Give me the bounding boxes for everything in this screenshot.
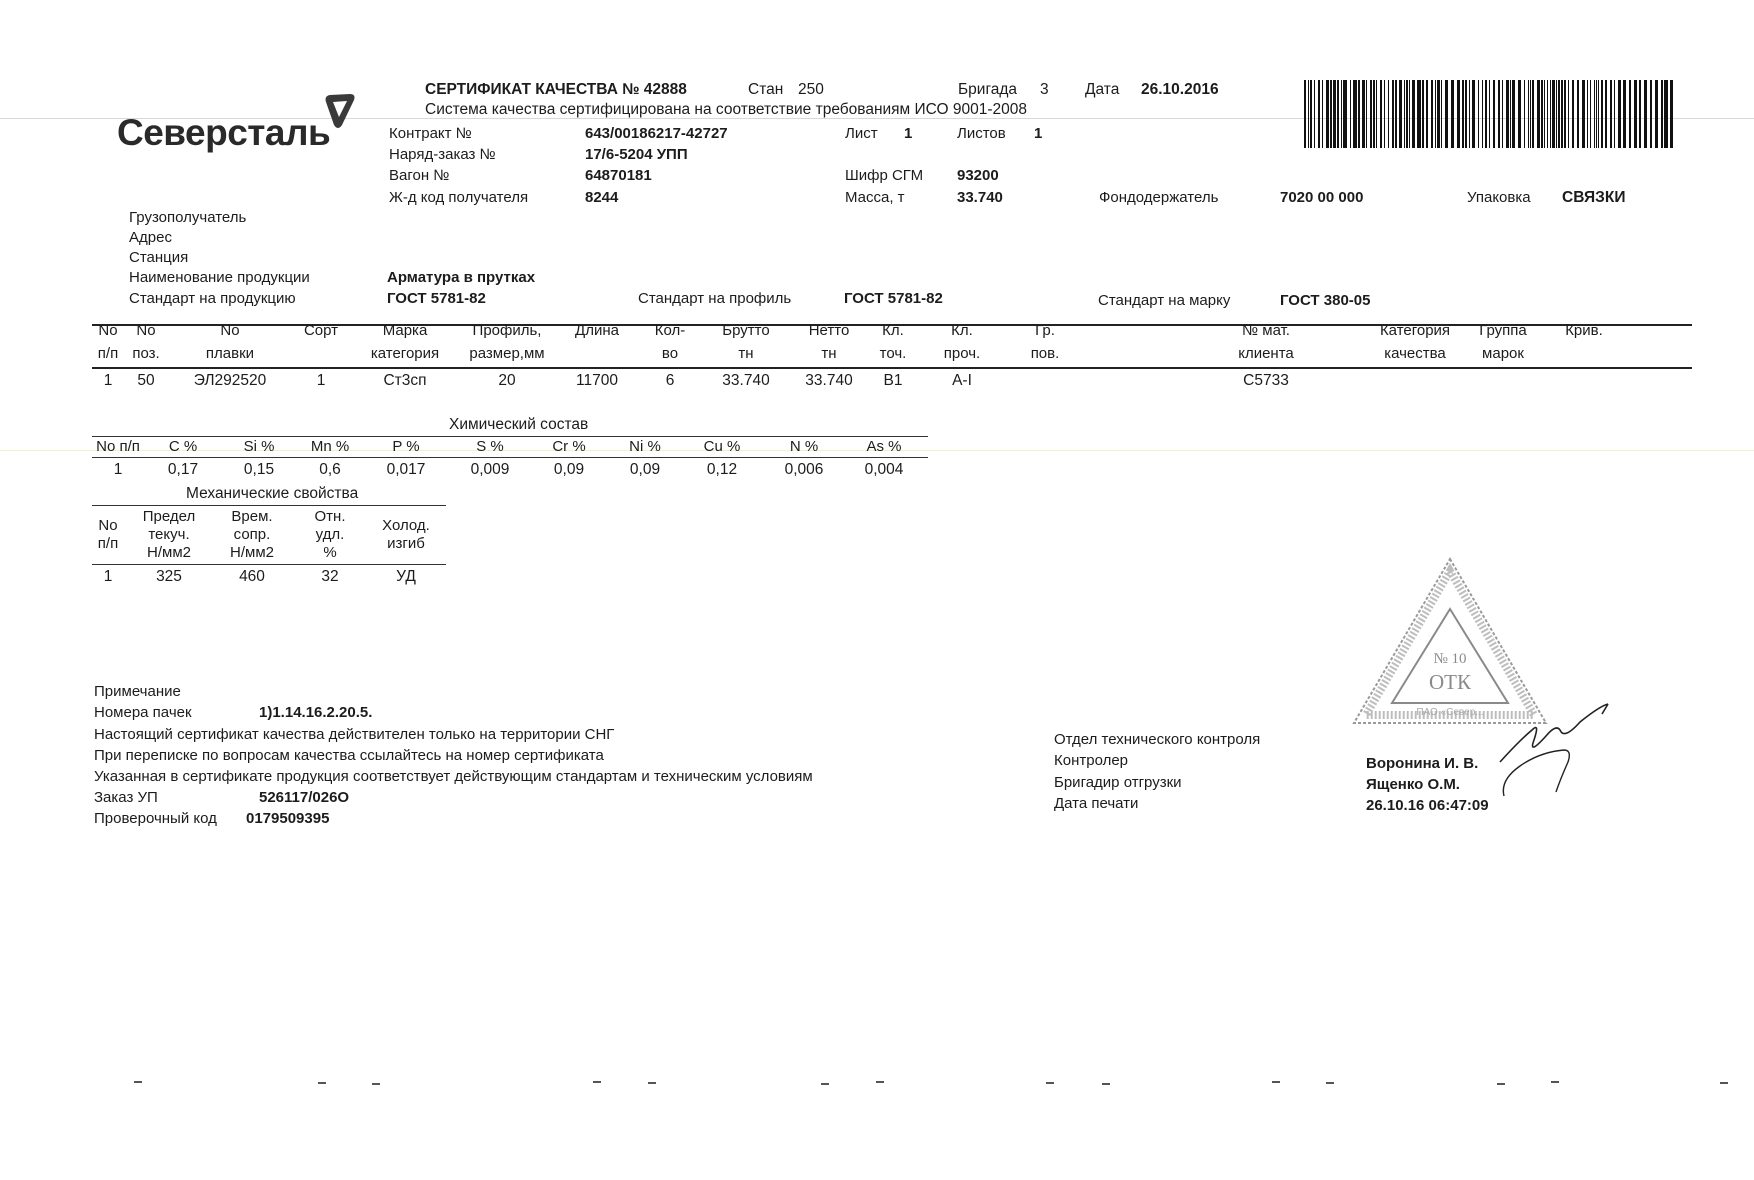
sheets-label: Листов: [957, 125, 1006, 143]
mass-value: 33.740: [957, 189, 1003, 207]
mill-value: 250: [798, 81, 824, 99]
date-value: 26.10.2016: [1141, 81, 1219, 99]
perforation-mark: [1497, 1083, 1505, 1085]
mechanical-header: Отн.удл.%: [290, 508, 370, 562]
signature-icon: [1490, 700, 1620, 800]
chemistry-cell: 0,009: [445, 461, 535, 479]
main-table-cell: C5733: [1206, 372, 1326, 390]
wagon-value: 64870181: [585, 167, 652, 185]
perforation-mark: [372, 1083, 380, 1085]
chemistry-title: Химический состав: [449, 416, 588, 434]
perforation-mark: [134, 1081, 142, 1083]
product-standard-value: ГОСТ 5781-82: [387, 290, 486, 308]
foreman-label: Бригадир отгрузки: [1054, 774, 1182, 792]
svg-text:ОТК: ОТК: [1429, 670, 1472, 694]
note-label: Примечание: [94, 683, 181, 701]
chemistry-header: Cu %: [677, 437, 767, 457]
barcode: [1302, 80, 1677, 148]
foreman-value: Ященко О.М.: [1366, 776, 1460, 794]
svg-text:№ 10: № 10: [1433, 651, 1466, 667]
brigade-label: Бригада: [958, 81, 1017, 99]
controller-label: Контролер: [1054, 752, 1128, 770]
perforation-mark: [648, 1082, 656, 1084]
chemistry-cell: 0,12: [677, 461, 767, 479]
department-label: Отдел технического контроля: [1054, 731, 1260, 749]
main-table-header: № мат.: [1206, 320, 1326, 342]
wagon-label: Вагон №: [389, 167, 449, 185]
sgm-label: Шифр СГМ: [845, 167, 923, 185]
chemistry-header: S %: [445, 437, 535, 457]
certificate-title: СЕРТИФИКАТ КАЧЕСТВА № 42888: [425, 81, 687, 99]
mechanical-top-rule: [92, 505, 446, 506]
mechanical-cell: 325: [129, 568, 209, 586]
address-label: Адрес: [129, 229, 172, 247]
profile-standard-value: ГОСТ 5781-82: [844, 290, 943, 308]
order-label: Наряд-заказ №: [389, 146, 496, 164]
chemistry-header: As %: [839, 437, 929, 457]
perforation-mark: [1272, 1081, 1280, 1083]
check-code-value: 0179509395: [246, 810, 329, 828]
company-logo-mark-icon: [320, 92, 356, 130]
fund-holder-value: 7020 00 000: [1280, 189, 1363, 207]
brigade-value: 3: [1040, 81, 1049, 99]
main-table-header: Гр.: [985, 320, 1105, 342]
mechanical-cell: 32: [290, 568, 370, 586]
perforation-mark: [1102, 1083, 1110, 1085]
product-name-value: Арматура в прутках: [387, 269, 535, 287]
check-code-label: Проверочный код: [94, 810, 217, 828]
validity-text: Настоящий сертификат качества действител…: [94, 726, 614, 744]
order-value: 17/6-5204 УПП: [585, 146, 688, 164]
mechanical-cell: 460: [212, 568, 292, 586]
station-label: Станция: [129, 249, 188, 267]
contract-value: 643/00186217-42727: [585, 125, 728, 143]
packing-value: СВЯЗКИ: [1562, 189, 1625, 207]
contract-label: Контракт №: [389, 125, 472, 143]
sheets-value: 1: [1034, 125, 1042, 143]
consignee-label: Грузополучатель: [129, 209, 246, 227]
bundle-numbers-label: Номера пачек: [94, 704, 192, 722]
packing-label: Упаковка: [1467, 189, 1531, 207]
sheet-value: 1: [904, 125, 912, 143]
main-table-header: пов.: [985, 343, 1105, 365]
up-order-label: Заказ УП: [94, 789, 158, 807]
correspondence-text: При переписке по вопросам качества ссыла…: [94, 747, 604, 765]
print-date-value: 26.10.16 06:47:09: [1366, 797, 1489, 815]
mechanical-cell: УД: [366, 568, 446, 586]
main-table-header-rule: [92, 367, 1692, 369]
mechanical-header: Холод.изгиб: [366, 517, 446, 553]
main-table-header: клиента: [1206, 343, 1326, 365]
profile-standard-label: Стандарт на профиль: [638, 290, 791, 308]
chemistry-header: P %: [361, 437, 451, 457]
main-table-cell: A-I: [902, 372, 1022, 390]
chemistry-cell: 0,006: [759, 461, 849, 479]
perforation-mark: [318, 1082, 326, 1084]
main-table-header: марок: [1443, 343, 1563, 365]
product-standard-label: Стандарт на продукцию: [129, 290, 296, 308]
company-logo-text: Северсталь: [117, 112, 330, 154]
main-table-header: плавки: [170, 343, 290, 365]
main-table-header: размер,мм: [447, 343, 567, 365]
chemistry-cell: 0,017: [361, 461, 451, 479]
date-label: Дата: [1085, 81, 1119, 99]
grade-standard-label: Стандарт на марку: [1098, 292, 1230, 310]
mechanical-header-rule: [92, 564, 446, 565]
sheet-label: Лист: [845, 125, 878, 143]
mass-label: Масса, т: [845, 189, 905, 207]
svg-text:ПАО «Север...: ПАО «Север...: [1416, 707, 1483, 718]
mechanical-header: Пределтекуч.Н/мм2: [129, 508, 209, 562]
perforation-mark: [876, 1081, 884, 1083]
mechanical-header: Врем.сопр.Н/мм2: [212, 508, 292, 562]
rail-code-value: 8244: [585, 189, 618, 207]
mechanical-title: Механические свойства: [186, 485, 358, 503]
mill-label: Стан: [748, 81, 783, 99]
perforation-mark: [593, 1081, 601, 1083]
perforation-mark: [1046, 1082, 1054, 1084]
controller-value: Воронина И. В.: [1366, 755, 1478, 773]
quality-system-note: Система качества сертифицирована на соот…: [425, 101, 1027, 119]
chemistry-header: N %: [759, 437, 849, 457]
grade-standard-value: ГОСТ 380-05: [1280, 292, 1370, 310]
print-date-label: Дата печати: [1054, 795, 1138, 813]
rail-code-label: Ж-д код получателя: [389, 189, 528, 207]
perforation-mark: [1326, 1082, 1334, 1084]
perforation-mark: [1720, 1082, 1728, 1084]
compliance-text: Указанная в сертификате продукция соотве…: [94, 768, 813, 786]
chemistry-cell: 0,004: [839, 461, 929, 479]
perforation-mark: [1551, 1081, 1559, 1083]
chemistry-header-rule: [92, 457, 928, 458]
bundle-numbers-value: 1)1.14.16.2.20.5.: [259, 704, 372, 722]
product-name-label: Наименование продукции: [129, 269, 310, 287]
up-order-value: 526117/026О: [259, 789, 349, 807]
fund-holder-label: Фондодержатель: [1099, 189, 1218, 207]
sgm-value: 93200: [957, 167, 999, 185]
perforation-mark: [821, 1083, 829, 1085]
main-table-header: Крив.: [1524, 320, 1644, 342]
